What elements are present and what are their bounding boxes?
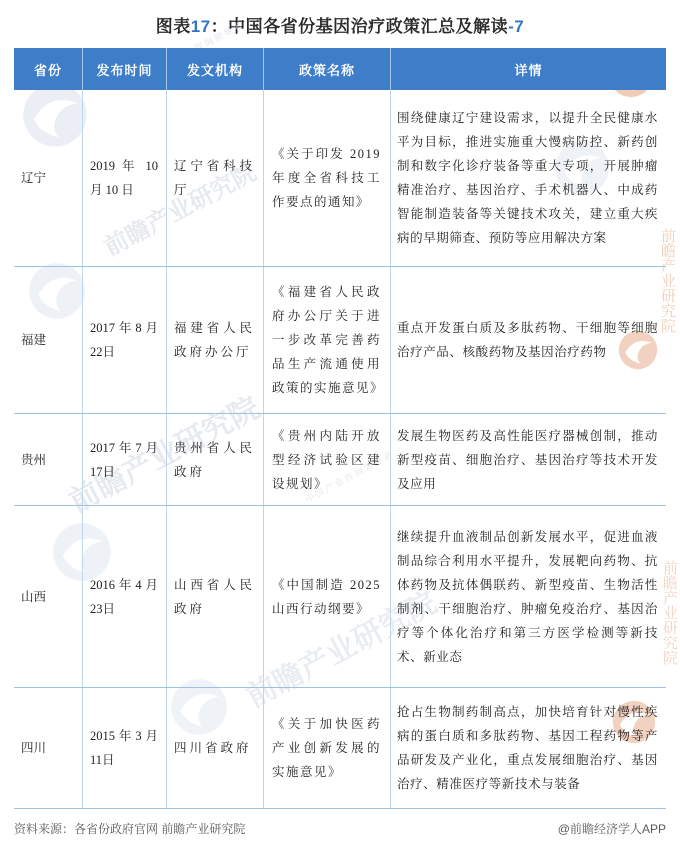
title-figure-number: 17 xyxy=(191,17,211,36)
report-page: 前瞻产业研究院 前瞻产业研究院 前瞻产业研究院 中国产业咨询领导者 中国产业咨询… xyxy=(0,0,680,851)
source-note: 资料来源：各省份政府官网 前瞻产业研究院 xyxy=(14,820,245,837)
table-header-row: 省份 发布时间 发文机构 政策名称 详情 xyxy=(14,48,666,90)
title-suffix-number: -7 xyxy=(508,17,524,36)
table-row: 山西 2016年4月23日 山西省人民政府 《中国制造 2025 山西行动纲要》… xyxy=(14,506,666,688)
cell-policy-name: 《贵州内陆开放型经济试验区建设规划》 xyxy=(263,414,390,505)
cell-agency: 福建省人民政府办公厅 xyxy=(166,267,263,413)
cell-details: 继续提升血液制品创新发展水平，促进血液制品综合利用水平提升，发展靶向药物、抗体药… xyxy=(390,506,666,687)
cell-details: 抢占生物制药制高点，加快培育针对慢性疾病的蛋白质和多肽药物、基因工程药物等产品研… xyxy=(390,688,666,808)
credit-note: @前瞻经济学人APP xyxy=(558,820,666,837)
cell-province: 福建 xyxy=(14,267,82,413)
table-row: 福建 2017年8月22日 福建省人民政府办公厅 《福建省人民政府办公厅关于进一… xyxy=(14,267,666,414)
cell-agency: 山西省人民政府 xyxy=(166,506,263,687)
cell-publish-date: 2017年8月22日 xyxy=(82,267,166,413)
header-province: 省份 xyxy=(14,48,82,90)
header-agency: 发文机构 xyxy=(166,48,263,90)
header-details: 详情 xyxy=(390,48,666,90)
cell-details: 围绕健康辽宁建设需求，以提升全民健康水平为目标，推进实施重大慢病防控、新药创制和… xyxy=(390,90,666,266)
table-row: 贵州 2017年7月17日 贵州省人民政府 《贵州内陆开放型经济试验区建设规划》… xyxy=(14,414,666,506)
cell-province: 四川 xyxy=(14,688,82,808)
cell-publish-date: 2017年7月17日 xyxy=(82,414,166,505)
cell-province: 山西 xyxy=(14,506,82,687)
cell-agency: 贵州省人民政府 xyxy=(166,414,263,505)
cell-agency: 四川省政府 xyxy=(166,688,263,808)
header-publish-date: 发布时间 xyxy=(82,48,166,90)
footer: 资料来源：各省份政府官网 前瞻产业研究院 @前瞻经济学人APP xyxy=(14,820,666,837)
cell-policy-name: 《福建省人民政府办公厅关于进一步改革完善药品生产流通使用政策的实施意见》 xyxy=(263,267,390,413)
cell-province: 贵州 xyxy=(14,414,82,505)
cell-policy-name: 《关于印发 2019 年度全省科技工作要点的通知》 xyxy=(263,90,390,266)
cell-agency: 辽宁省科技厅 xyxy=(166,90,263,266)
cell-publish-date: 2015年3月11日 xyxy=(82,688,166,808)
table-row: 辽宁 2019 年 10 月 10 日 辽宁省科技厅 《关于印发 2019 年度… xyxy=(14,90,666,267)
cell-publish-date: 2016年4月23日 xyxy=(82,506,166,687)
cell-policy-name: 《中国制造 2025 山西行动纲要》 xyxy=(263,506,390,687)
cell-details: 发展生物医药及高性能医疗器械创制，推动新型疫苗、细胞治疗、基因治疗等技术开发及应… xyxy=(390,414,666,505)
cell-publish-date: 2019 年 10 月 10 日 xyxy=(82,90,166,266)
cell-details: 重点开发蛋白质及多肽药物、干细胞等细胞治疗产品、核酸药物及基因治疗药物 xyxy=(390,267,666,413)
cell-province: 辽宁 xyxy=(14,90,82,266)
table-row: 四川 2015年3月11日 四川省政府 《关于加快医药产业创新发展的实施意见》 … xyxy=(14,688,666,809)
policy-table: 省份 发布时间 发文机构 政策名称 详情 辽宁 2019 年 10 月 10 日… xyxy=(14,48,666,809)
cell-policy-name: 《关于加快医药产业创新发展的实施意见》 xyxy=(263,688,390,808)
header-policy-name: 政策名称 xyxy=(263,48,390,90)
title-main: ：中国各省份基因治疗政策汇总及解读 xyxy=(211,17,509,36)
page-title: 图表17：中国各省份基因治疗政策汇总及解读-7 xyxy=(0,12,680,37)
title-prefix: 图表 xyxy=(156,17,191,36)
